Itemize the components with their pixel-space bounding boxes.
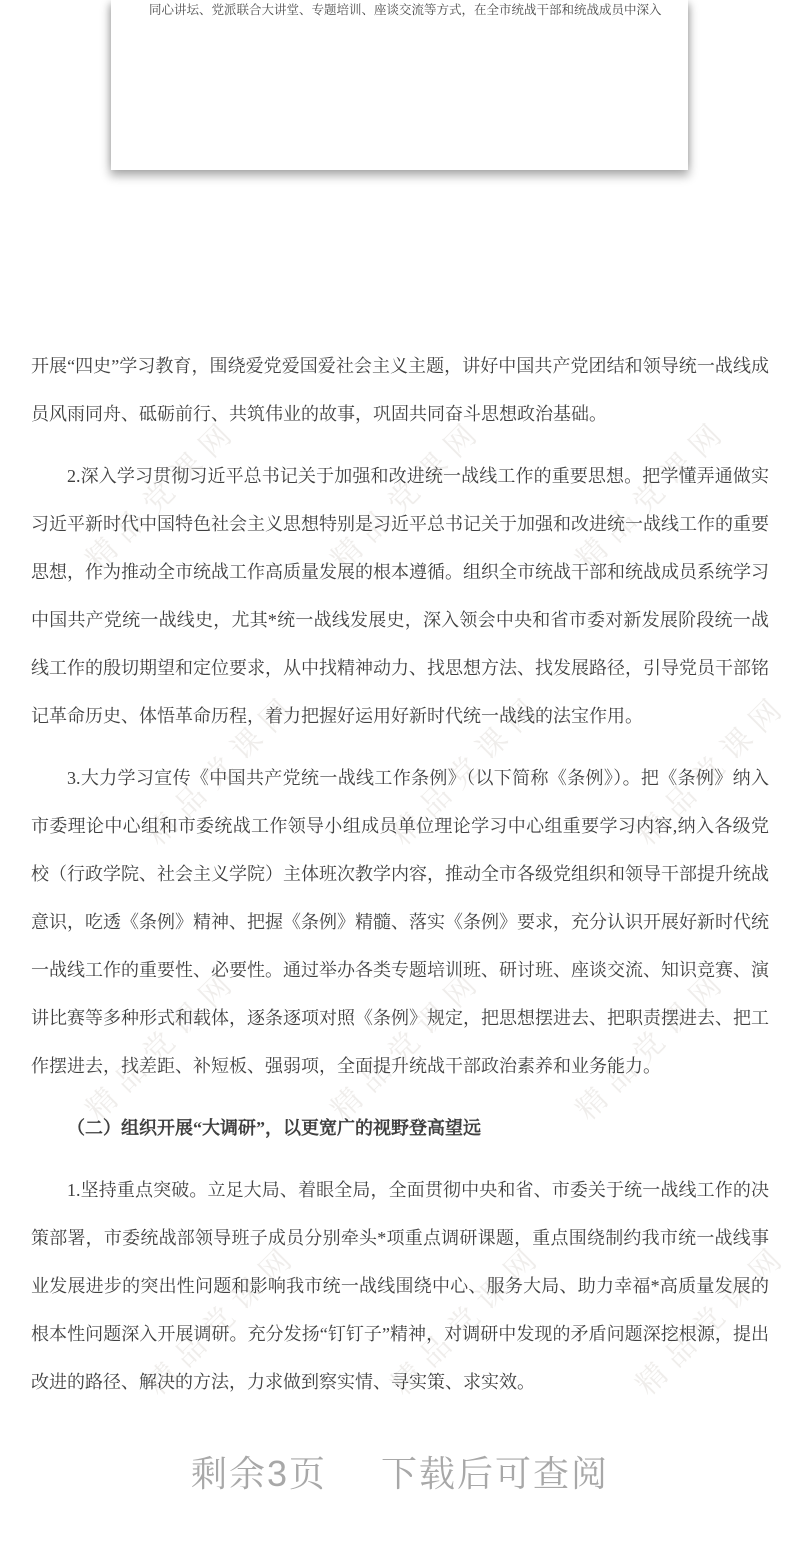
paragraph: 1.坚持重点突破。立足大局、着眼全局，全面贯彻中央和省、市委关于统一战线工作的决…	[31, 1166, 769, 1406]
download-prompt[interactable]: 剩余3页 下载后可查阅	[0, 1452, 800, 1496]
paragraph: 开展“四史”学习教育，围绕爱党爱国爱社会主义主题，讲好中国共产党团结和领导统一战…	[31, 342, 769, 438]
paragraph: 2.深入学习贯彻习近平总书记关于加强和改进统一战线工作的重要思想。把学懂弄通做实…	[31, 452, 769, 740]
paragraph: 3.大力学习宣传《中国共产党统一战线工作条例》（以下简称《条例》）。把《条例》纳…	[31, 754, 769, 1090]
previous-page-preview: 同心讲坛、党派联合大讲堂、专题培训、座谈交流等方式，在全市统战干部和统战成员中深…	[111, 0, 688, 170]
download-hint-label: 下载后可查阅	[381, 1452, 609, 1496]
remaining-pages-label: 剩余3页	[191, 1452, 327, 1496]
preview-page-text-line: 同心讲坛、党派联合大讲堂、专题培训、座谈交流等方式，在全市统战干部和统战成员中深…	[111, 0, 688, 18]
document-body: 开展“四史”学习教育，围绕爱党爱国爱社会主义主题，讲好中国共产党团结和领导统一战…	[0, 170, 800, 1406]
section-heading: （二）组织开展“大调研”，以更宽广的视野登高望远	[31, 1104, 769, 1152]
